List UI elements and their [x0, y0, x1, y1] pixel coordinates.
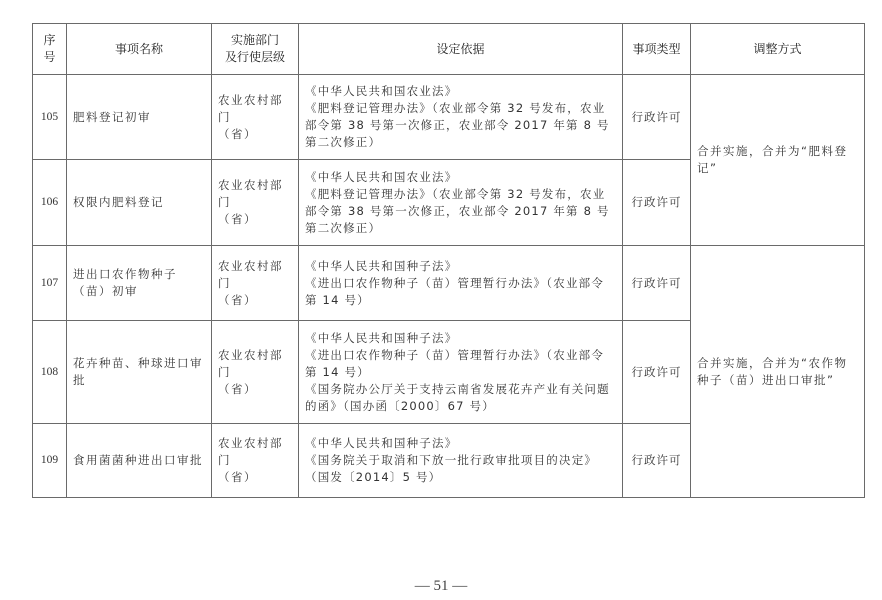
adjust-merge-seed-import-export: 合并实施，合并为“农作物种子（苗）进出口审批” — [691, 246, 865, 498]
header-adjust: 调整方式 — [691, 24, 865, 75]
row-dept: 农业农村部门（省） — [212, 321, 299, 424]
row-seq: 109 — [33, 424, 67, 498]
row-name: 进出口农作物种子（苗）初审 — [67, 246, 212, 321]
row-seq: 107 — [33, 246, 67, 321]
header-basis: 设定依据 — [299, 24, 623, 75]
row-seq: 106 — [33, 160, 67, 246]
row-type: 行政许可 — [623, 321, 691, 424]
row-name: 食用菌菌种进出口审批 — [67, 424, 212, 498]
row-type: 行政许可 — [623, 246, 691, 321]
row-basis: 《中华人民共和国种子法》《进出口农作物种子（苗）管理暂行办法》（农业部令第 14… — [299, 246, 623, 321]
header-type: 事项类型 — [623, 24, 691, 75]
items-table: 序号 事项名称 实施部门及行使层级 设定依据 事项类型 调整方式 105 肥料登… — [32, 23, 865, 498]
header-row: 序号 事项名称 实施部门及行使层级 设定依据 事项类型 调整方式 — [33, 24, 865, 75]
header-dept: 实施部门及行使层级 — [212, 24, 299, 75]
row-basis: 《中华人民共和国农业法》《肥料登记管理办法》（农业部令第 32 号发布，农业部令… — [299, 75, 623, 160]
row-type: 行政许可 — [623, 75, 691, 160]
table-row: 105 肥料登记初审 农业农村部门（省） 《中华人民共和国农业法》《肥料登记管理… — [33, 75, 865, 160]
row-type: 行政许可 — [623, 424, 691, 498]
row-dept: 农业农村部门（省） — [212, 75, 299, 160]
row-type: 行政许可 — [623, 160, 691, 246]
header-name: 事项名称 — [67, 24, 212, 75]
table-row: 107 进出口农作物种子（苗）初审 农业农村部门（省） 《中华人民共和国种子法》… — [33, 246, 865, 321]
row-name: 花卉种苗、种球进口审批 — [67, 321, 212, 424]
row-name: 肥料登记初审 — [67, 75, 212, 160]
row-seq: 105 — [33, 75, 67, 160]
row-name: 权限内肥料登记 — [67, 160, 212, 246]
page-number: — 51 — — [0, 578, 882, 595]
row-basis: 《中华人民共和国农业法》《肥料登记管理办法》（农业部令第 32 号发布，农业部令… — [299, 160, 623, 246]
row-basis: 《中华人民共和国种子法》《进出口农作物种子（苗）管理暂行办法》（农业部令第 14… — [299, 321, 623, 424]
row-dept: 农业农村部门（省） — [212, 424, 299, 498]
row-basis: 《中华人民共和国种子法》《国务院关于取消和下放一批行政审批项目的决定》（国发〔2… — [299, 424, 623, 498]
row-seq: 108 — [33, 321, 67, 424]
header-seq: 序号 — [33, 24, 67, 75]
row-dept: 农业农村部门（省） — [212, 160, 299, 246]
row-dept: 农业农村部门（省） — [212, 246, 299, 321]
adjust-merge-fertilizer: 合并实施，合并为“肥料登记” — [691, 75, 865, 246]
